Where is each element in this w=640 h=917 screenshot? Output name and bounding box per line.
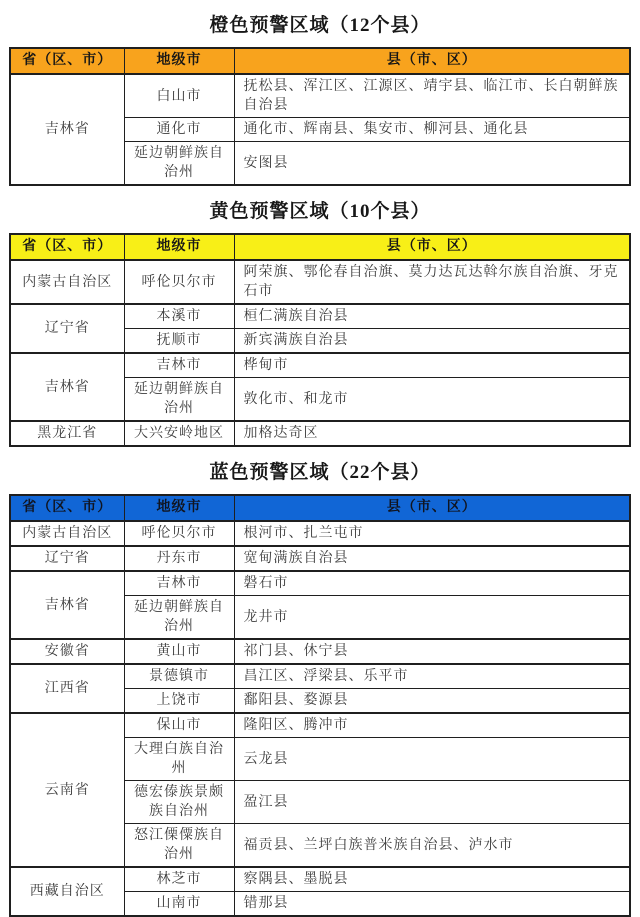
col-header-province: 省（区、市） — [10, 48, 124, 74]
col-header-county: 县（市、区） — [234, 48, 630, 74]
city-cell: 本溪市 — [124, 304, 234, 329]
city-cell: 景德镇市 — [124, 664, 234, 689]
county-list-cell: 桦甸市 — [234, 353, 630, 378]
city-cell: 丹东市 — [124, 546, 234, 571]
table-header-row: 省（区、市） 地级市 县（市、区） — [10, 234, 630, 260]
section-title: 蓝色预警区域（22个县） — [0, 461, 640, 485]
table-body: 吉林省白山市抚松县、浑江区、江源区、靖宇县、临江市、长白朝鲜族自治县通化市通化市… — [10, 74, 630, 185]
table-row: 内蒙古自治区呼伦贝尔市阿荣旗、鄂伦春自治旗、莫力达瓦达斡尔族自治旗、牙克石市 — [10, 260, 630, 304]
col-header-province: 省（区、市） — [10, 234, 124, 260]
section-blue-warning: 蓝色预警区域（22个县） 省（区、市） 地级市 县（市、区） 内蒙古自治区呼伦贝… — [0, 461, 640, 917]
county-list-cell: 桓仁满族自治县 — [234, 304, 630, 329]
table-body: 内蒙古自治区呼伦贝尔市根河市、扎兰屯市辽宁省丹东市宽甸满族自治县吉林省吉林市磐石… — [10, 521, 630, 916]
county-list-cell: 察隅县、墨脱县 — [234, 867, 630, 892]
province-cell: 江西省 — [10, 664, 124, 713]
table-row: 西藏自治区林芝市察隅县、墨脱县 — [10, 867, 630, 892]
city-cell: 白山市 — [124, 74, 234, 118]
city-cell: 山南市 — [124, 892, 234, 917]
city-cell: 黄山市 — [124, 639, 234, 664]
county-list-cell: 抚松县、浑江区、江源区、靖宇县、临江市、长白朝鲜族自治县 — [234, 74, 630, 118]
col-header-city: 地级市 — [124, 48, 234, 74]
table-row: 吉林省吉林市磐石市 — [10, 571, 630, 596]
city-cell: 吉林市 — [124, 353, 234, 378]
col-header-city: 地级市 — [124, 495, 234, 521]
province-cell: 吉林省 — [10, 353, 124, 421]
section-title: 黄色预警区域（10个县） — [0, 200, 640, 224]
county-list-cell: 错那县 — [234, 892, 630, 917]
col-header-city: 地级市 — [124, 234, 234, 260]
province-cell: 辽宁省 — [10, 546, 124, 571]
city-cell: 大理白族自治州 — [124, 738, 234, 781]
city-cell: 上饶市 — [124, 689, 234, 714]
city-cell: 延边朝鲜族自治州 — [124, 142, 234, 186]
city-cell: 呼伦贝尔市 — [124, 260, 234, 304]
county-list-cell: 祁门县、休宁县 — [234, 639, 630, 664]
county-list-cell: 福贡县、兰坪白族普米族自治县、泸水市 — [234, 824, 630, 868]
county-list-cell: 安图县 — [234, 142, 630, 186]
yellow-warning-table: 省（区、市） 地级市 县（市、区） 内蒙古自治区呼伦贝尔市阿荣旗、鄂伦春自治旗、… — [9, 233, 631, 447]
province-cell: 西藏自治区 — [10, 867, 124, 916]
city-cell: 呼伦贝尔市 — [124, 521, 234, 546]
col-header-county: 县（市、区） — [234, 234, 630, 260]
county-list-cell: 通化市、辉南县、集安市、柳河县、通化县 — [234, 118, 630, 142]
table-row: 安徽省黄山市祁门县、休宁县 — [10, 639, 630, 664]
section-title: 橙色预警区域（12个县） — [0, 14, 640, 38]
city-cell: 怒江傈僳族自治州 — [124, 824, 234, 868]
section-yellow-warning: 黄色预警区域（10个县） 省（区、市） 地级市 县（市、区） 内蒙古自治区呼伦贝… — [0, 200, 640, 447]
table-row: 辽宁省本溪市桓仁满族自治县 — [10, 304, 630, 329]
table-row: 云南省保山市隆阳区、腾冲市 — [10, 713, 630, 738]
county-list-cell: 隆阳区、腾冲市 — [234, 713, 630, 738]
city-cell: 大兴安岭地区 — [124, 421, 234, 446]
city-cell: 通化市 — [124, 118, 234, 142]
city-cell: 抚顺市 — [124, 329, 234, 354]
county-list-cell: 宽甸满族自治县 — [234, 546, 630, 571]
col-header-province: 省（区、市） — [10, 495, 124, 521]
section-orange-warning: 橙色预警区域（12个县） 省（区、市） 地级市 县（市、区） 吉林省白山市抚松县… — [0, 14, 640, 186]
county-list-cell: 敦化市、和龙市 — [234, 378, 630, 422]
city-cell: 延边朝鲜族自治州 — [124, 596, 234, 640]
table-row: 江西省景德镇市昌江区、浮梁县、乐平市 — [10, 664, 630, 689]
warning-report: 橙色预警区域（12个县） 省（区、市） 地级市 县（市、区） 吉林省白山市抚松县… — [0, 0, 640, 917]
table-row: 辽宁省丹东市宽甸满族自治县 — [10, 546, 630, 571]
county-list-cell: 新宾满族自治县 — [234, 329, 630, 354]
blue-warning-table: 省（区、市） 地级市 县（市、区） 内蒙古自治区呼伦贝尔市根河市、扎兰屯市辽宁省… — [9, 494, 631, 917]
county-list-cell: 云龙县 — [234, 738, 630, 781]
province-cell: 内蒙古自治区 — [10, 521, 124, 546]
county-list-cell: 阿荣旗、鄂伦春自治旗、莫力达瓦达斡尔族自治旗、牙克石市 — [234, 260, 630, 304]
county-list-cell: 磐石市 — [234, 571, 630, 596]
orange-warning-table: 省（区、市） 地级市 县（市、区） 吉林省白山市抚松县、浑江区、江源区、靖宇县、… — [9, 47, 631, 186]
city-cell: 林芝市 — [124, 867, 234, 892]
province-cell: 吉林省 — [10, 571, 124, 639]
table-row: 吉林省白山市抚松县、浑江区、江源区、靖宇县、临江市、长白朝鲜族自治县 — [10, 74, 630, 118]
county-list-cell: 根河市、扎兰屯市 — [234, 521, 630, 546]
county-list-cell: 盈江县 — [234, 781, 630, 824]
table-row: 黑龙江省大兴安岭地区加格达奇区 — [10, 421, 630, 446]
province-cell: 辽宁省 — [10, 304, 124, 353]
table-row: 内蒙古自治区呼伦贝尔市根河市、扎兰屯市 — [10, 521, 630, 546]
city-cell: 延边朝鲜族自治州 — [124, 378, 234, 422]
city-cell: 德宏傣族景颇族自治州 — [124, 781, 234, 824]
county-list-cell: 加格达奇区 — [234, 421, 630, 446]
city-cell: 吉林市 — [124, 571, 234, 596]
city-cell: 保山市 — [124, 713, 234, 738]
province-cell: 安徽省 — [10, 639, 124, 664]
col-header-county: 县（市、区） — [234, 495, 630, 521]
table-body: 内蒙古自治区呼伦贝尔市阿荣旗、鄂伦春自治旗、莫力达瓦达斡尔族自治旗、牙克石市辽宁… — [10, 260, 630, 446]
county-list-cell: 昌江区、浮梁县、乐平市 — [234, 664, 630, 689]
province-cell: 云南省 — [10, 713, 124, 867]
province-cell: 吉林省 — [10, 74, 124, 185]
county-list-cell: 龙井市 — [234, 596, 630, 640]
province-cell: 黑龙江省 — [10, 421, 124, 446]
county-list-cell: 鄱阳县、婺源县 — [234, 689, 630, 714]
province-cell: 内蒙古自治区 — [10, 260, 124, 304]
table-header-row: 省（区、市） 地级市 县（市、区） — [10, 495, 630, 521]
table-header-row: 省（区、市） 地级市 县（市、区） — [10, 48, 630, 74]
table-row: 吉林省吉林市桦甸市 — [10, 353, 630, 378]
